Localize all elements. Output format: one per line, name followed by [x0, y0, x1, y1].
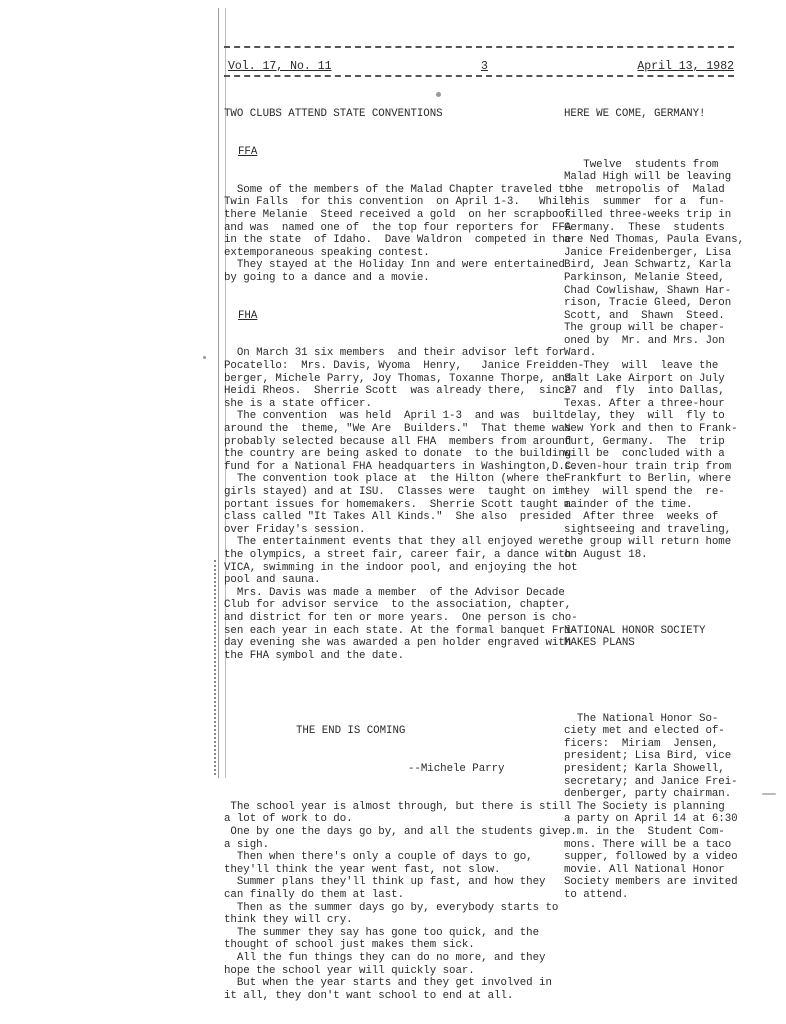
text-line: will be concluded with a — [564, 448, 734, 461]
masthead: Vol. 17, No. 11 3 April 13, 1982 — [228, 57, 734, 73]
text-line: denberger, party chairman. — [564, 788, 734, 801]
text-line: there Melanie Steed received a gold on h… — [224, 209, 554, 222]
text-line: she is a state officer. — [224, 398, 554, 411]
text-line: delay, they will fly to — [564, 410, 734, 423]
text-line: Salt Lake Airport on July — [564, 373, 734, 386]
ffa-article-body: Some of the members of the Malad Chapter… — [224, 184, 554, 285]
text-line: class called "It Takes All Kinds." She a… — [224, 511, 554, 524]
text-line: The entertainment events that they all e… — [224, 536, 554, 549]
text-line: a lot of work to do. — [224, 813, 554, 826]
text-line: in the state of Idaho. Dave Waldron comp… — [224, 234, 554, 247]
headline-honor-society: NATIONAL HONOR SOCIETYMAKES PLANS — [564, 625, 734, 650]
text-line: Janice Freidenberger, Lisa — [564, 247, 734, 260]
poem-byline: --Michele Parry — [224, 763, 554, 776]
text-line: a party on April 14 at 6:30 — [564, 813, 734, 826]
text-line: NATIONAL HONOR SOCIETY — [564, 625, 734, 638]
text-line: Then when there's only a couple of days … — [224, 851, 554, 864]
text-line: a sigh. — [224, 839, 554, 852]
text-line: around the theme, "We Are Builders." Tha… — [224, 423, 554, 436]
text-line: Club for advisor service to the associat… — [224, 599, 554, 612]
text-line: extemporaneous speaking contest. — [224, 247, 554, 260]
text-line: they will spend the re- — [564, 486, 734, 499]
text-line: Frankfurt to Berlin, where — [564, 473, 734, 486]
text-line: All the fun things they can do no more, … — [224, 952, 554, 965]
ink-speck — [436, 92, 441, 97]
text-line: president; Karla Showell, — [564, 763, 734, 776]
text-line: supper, followed by a video — [564, 851, 734, 864]
text-line: they'll think the year went fast, not sl… — [224, 864, 554, 877]
text-line: They stayed at the Holiday Inn and were … — [224, 259, 554, 272]
text-line: Chad Cowlishaw, Shawn Har- — [564, 285, 734, 298]
text-line: They will leave the — [564, 360, 734, 373]
text-line: rison, Tracie Gleed, Deron — [564, 297, 734, 310]
text-line: mainder of the time. — [564, 499, 734, 512]
text-line: The National Honor So- — [564, 713, 734, 726]
text-line: Twelve students from — [564, 159, 734, 172]
subhead-fha: FHA — [224, 310, 554, 323]
text-line: The Society is planning — [564, 801, 734, 814]
margin-dotted-rule — [214, 560, 216, 775]
headline-germany: HERE WE COME, GERMANY! — [564, 108, 734, 121]
text-line: The school year is almost through, but t… — [224, 801, 554, 814]
text-line: Heidi Rheos. Sherrie Scott was already t… — [224, 385, 554, 398]
text-line: Germany. These students — [564, 222, 734, 235]
text-line: day evening she was awarded a pen holder… — [224, 637, 554, 650]
text-line: On March 31 six members and their adviso… — [224, 347, 554, 360]
text-line: Society members are invited — [564, 876, 734, 889]
text-line: secretary; and Janice Frei- — [564, 776, 734, 789]
text-line: ficers: Miriam Jensen, — [564, 738, 734, 751]
text-line: p.m. in the Student Com- — [564, 826, 734, 839]
text-line: MAKES PLANS — [564, 637, 734, 650]
text-line: can finally do them at last. — [224, 889, 554, 902]
right-column: HERE WE COME, GERMANY! Twelve students f… — [564, 83, 734, 914]
poem-title: THE END IS COMING — [224, 725, 554, 738]
page-number: 3 — [481, 60, 488, 73]
text-line: pool and sauna. — [224, 574, 554, 587]
text-line: filled three-weeks trip in — [564, 209, 734, 222]
text-line: seven-hour train trip from — [564, 461, 734, 474]
text-line: berger, Michele Parry, Joy Thomas, Toxan… — [224, 373, 554, 386]
text-line: sen each year in each state. At the form… — [224, 625, 554, 638]
text-line: on August 18. — [564, 549, 734, 562]
left-column: TWO CLUBS ATTEND STATE CONVENTIONS FFA S… — [224, 83, 554, 1015]
text-line: Parkinson, Melanie Steed, — [564, 272, 734, 285]
text-line: Then as the summer days go by, everybody… — [224, 902, 554, 915]
top-dashed-rule — [224, 46, 734, 48]
text-line: The summer they say has gone too quick, … — [224, 927, 554, 940]
text-line: Bird, Jean Schwartz, Karla — [564, 259, 734, 272]
text-line: VICA, swimming in the indoor pool, and e… — [224, 562, 554, 575]
text-line: the country are being asked to donate to… — [224, 448, 554, 461]
text-line: One by one the days go by, and all the s… — [224, 826, 554, 839]
headline-conventions: TWO CLUBS ATTEND STATE CONVENTIONS — [224, 108, 554, 121]
text-line: probably selected because all FHA member… — [224, 436, 554, 449]
text-line: over Friday's session. — [224, 524, 554, 537]
ink-speck — [762, 793, 776, 795]
text-line: Pocatello: Mrs. Davis, Wyoma Henry, Jani… — [224, 360, 554, 373]
text-line: the metropolis of Malad — [564, 184, 734, 197]
text-line: hope the school year will quickly soar. — [224, 965, 554, 978]
text-line: But when the year starts and they get in… — [224, 977, 554, 990]
text-line: think they will cry. — [224, 914, 554, 927]
text-line: The convention took place at the Hilton … — [224, 473, 554, 486]
text-line: the group will return home — [564, 536, 734, 549]
text-line: sightseeing and traveling, — [564, 524, 734, 537]
volume-number: Vol. 17, No. 11 — [228, 60, 332, 73]
text-line: ciety met and elected of- — [564, 725, 734, 738]
text-line: oned by Mr. and Mrs. Jon — [564, 335, 734, 348]
issue-date: April 13, 1982 — [637, 60, 734, 73]
text-line: Mrs. Davis was made a member of the Advi… — [224, 587, 554, 600]
text-line: portant issues for homemakers. Sherrie S… — [224, 499, 554, 512]
text-line: president; Lisa Bird, vice — [564, 750, 734, 763]
text-line: Texas. After a three-hour — [564, 398, 734, 411]
text-line: thought of school just makes them sick. — [224, 939, 554, 952]
germany-article-body: Twelve students fromMalad High will be l… — [564, 146, 734, 562]
text-line: furt, Germany. The trip — [564, 436, 734, 449]
text-line: the FHA symbol and the date. — [224, 650, 554, 663]
text-line: Ward. — [564, 347, 734, 360]
text-line: After three weeks of — [564, 511, 734, 524]
text-line: it all, they don't want school to end at… — [224, 990, 554, 1003]
text-line: New York and then to Frank- — [564, 423, 734, 436]
text-line: to attend. — [564, 889, 734, 902]
text-line: are Ned Thomas, Paula Evans, — [564, 234, 734, 247]
text-line: Scott, and Shawn Steed. — [564, 310, 734, 323]
text-line: Malad High will be leaving — [564, 171, 734, 184]
text-line: movie. All National Honor — [564, 864, 734, 877]
text-line: mons. There will be a taco — [564, 839, 734, 852]
text-line: this summer for a fun- — [564, 196, 734, 209]
text-line: and was named one of the top four report… — [224, 222, 554, 235]
fha-article-body: On March 31 six members and their adviso… — [224, 347, 554, 662]
ink-speck — [203, 356, 206, 359]
honor-society-article-body: The National Honor So-ciety met and elec… — [564, 713, 734, 902]
text-line: and district for ten or more years. One … — [224, 612, 554, 625]
text-line: The group will be chaper- — [564, 322, 734, 335]
text-line: by going to a dance and a movie. — [224, 272, 554, 285]
text-line: girls stayed) and at ISU. Classes were t… — [224, 486, 554, 499]
text-line: fund for a National FHA headquarters in … — [224, 461, 554, 474]
text-line: Summer plans they'll think up fast, and … — [224, 876, 554, 889]
poem-body: The school year is almost through, but t… — [224, 801, 554, 1003]
masthead-dashed-rule — [224, 75, 734, 77]
text-line: the olympics, a street fair, career fair… — [224, 549, 554, 562]
subhead-ffa: FFA — [224, 146, 554, 159]
text-line: The convention was held April 1-3 and wa… — [224, 410, 554, 423]
text-line — [564, 146, 734, 159]
text-line: Twin Falls for this convention on April … — [224, 196, 554, 209]
text-line: 27 and fly into Dallas, — [564, 385, 734, 398]
text-line: Some of the members of the Malad Chapter… — [224, 184, 554, 197]
